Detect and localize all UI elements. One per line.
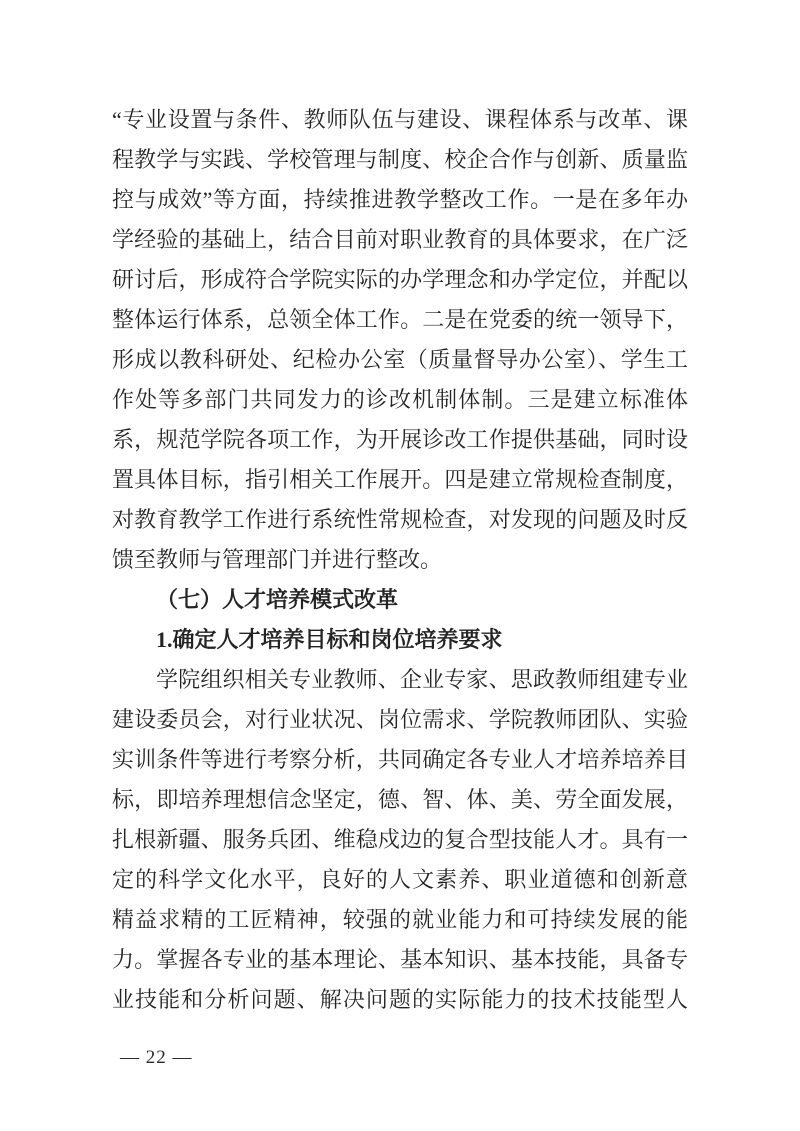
text-line: 实训条件等进行考察分析，共同确定各专业人才培养培养目 (112, 740, 688, 780)
text-line: 精益求精的工匠精神，较强的就业能力和可持续发展的能 (112, 900, 688, 940)
text-line: 系，规范学院各项工作，为开展诊改工作提供基础，同时设 (112, 420, 688, 460)
heading-line: （七）人才培养模式改革 (112, 580, 688, 620)
text-line: 形成以教科研处、纪检办公室（质量督导办公室）、学生工 (112, 340, 688, 380)
text-line: 学院组织相关专业教师、企业专家、思政教师组建专业 (112, 660, 688, 700)
text-line: 力。掌握各专业的基本理论、基本知识、基本技能，具备专 (112, 940, 688, 980)
text-line: 整体运行体系，总领全体工作。二是在党委的统一领导下， (112, 300, 688, 340)
text-line: 学经验的基础上，结合目前对职业教育的具体要求，在广泛 (112, 220, 688, 260)
text-line: 对教育教学工作进行系统性常规检查，对发现的问题及时反 (112, 500, 688, 540)
text-line: 标，即培养理想信念坚定，德、智、体、美、劳全面发展， (112, 780, 688, 820)
document-body: “专业设置与条件、教师队伍与建设、课程体系与改革、课程教学与实践、学校管理与制度… (112, 100, 688, 1020)
text-line: 业技能和分析问题、解决问题的实际能力的技术技能型人 (112, 980, 688, 1020)
page-number: — 22 — (120, 1046, 193, 1070)
text-line: “专业设置与条件、教师队伍与建设、课程体系与改革、课 (112, 100, 688, 140)
text-line: 研讨后，形成符合学院实际的办学理念和办学定位，并配以 (112, 260, 688, 300)
document-page: “专业设置与条件、教师队伍与建设、课程体系与改革、课程教学与实践、学校管理与制度… (0, 0, 800, 1131)
text-line: 置具体目标，指引相关工作展开。四是建立常规检查制度， (112, 460, 688, 500)
text-line: 作处等多部门共同发力的诊改机制体制。三是建立标准体 (112, 380, 688, 420)
text-line: 控与成效”等方面，持续推进教学整改工作。一是在多年办 (112, 180, 688, 220)
text-line: 馈至教师与管理部门并进行整改。 (112, 540, 688, 580)
heading-line: 1.确定人才培养目标和岗位培养要求 (112, 620, 688, 660)
text-line: 扎根新疆、服务兵团、维稳戍边的复合型技能人才。具有一 (112, 820, 688, 860)
text-line: 程教学与实践、学校管理与制度、校企合作与创新、质量监 (112, 140, 688, 180)
text-line: 定的科学文化水平，良好的人文素养、职业道德和创新意识， (112, 860, 688, 900)
text-line: 建设委员会，对行业状况、岗位需求、学院教师团队、实验 (112, 700, 688, 740)
